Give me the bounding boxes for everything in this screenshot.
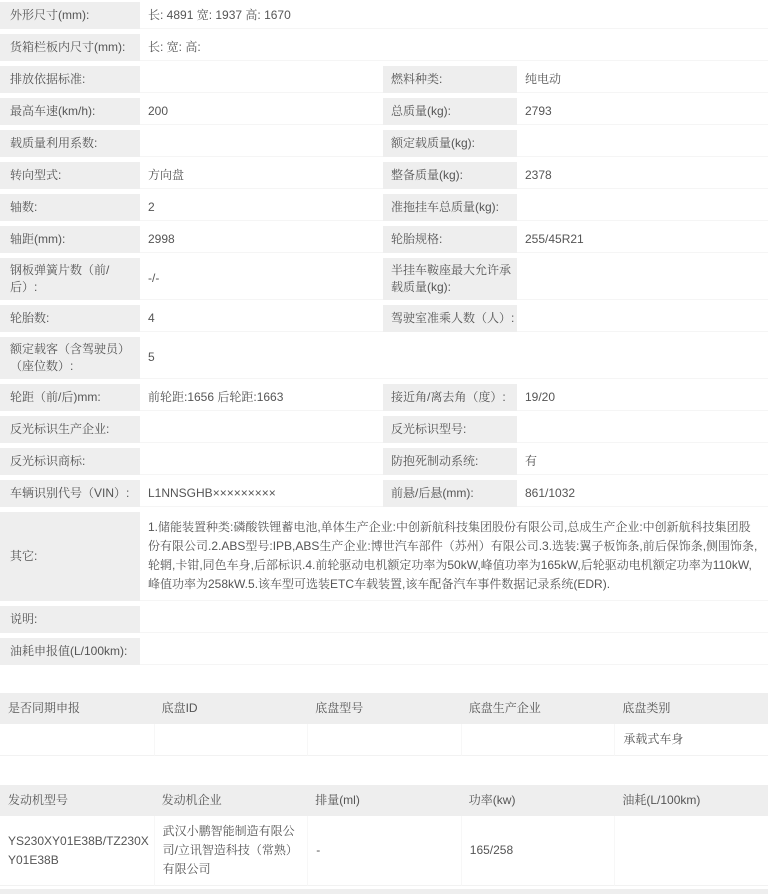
spec-row: 外形尺寸(mm):长: 4891 宽: 1937 高: 1670	[0, 2, 768, 29]
table-header-cell: 排量(ml)	[307, 785, 461, 816]
table-header-cell: 发动机企业	[154, 785, 308, 816]
spec-label: 说明:	[0, 606, 140, 633]
spec-row: 转向型式:方向盘整备质量(kg):2378	[0, 162, 768, 189]
spec-value: 2793	[517, 98, 768, 125]
spec-label: 轴距(mm):	[0, 226, 140, 253]
section-gap	[0, 670, 768, 693]
table-cell: 165/258	[461, 816, 615, 886]
spec-label: 轴数:	[0, 194, 140, 221]
spec-value: 纯电动	[517, 66, 768, 93]
chassis-table: 是否同期申报底盘ID底盘型号底盘生产企业底盘类别承载式车身	[0, 693, 768, 756]
table-cell	[154, 724, 308, 756]
spec-value: -/-	[140, 258, 383, 300]
spec-label: 轮胎规格:	[383, 226, 517, 253]
spec-row: 车辆识别代号（VIN）:L1NNSGHB×××××××××前悬/后悬(mm):8…	[0, 480, 768, 507]
spec-label: 最高车速(km/h):	[0, 98, 140, 125]
spec-label: 反光标识生产企业:	[0, 416, 140, 443]
spec-value: 200	[140, 98, 383, 125]
table-cell	[461, 724, 615, 756]
spec-value: 长: 4891 宽: 1937 高: 1670	[140, 2, 768, 29]
spec-row: 货箱栏板内尺寸(mm):长: 宽: 高:	[0, 34, 768, 61]
spec-row: 轮胎数:4驾驶室准乘人数（人）:	[0, 305, 768, 332]
spec-label: 其它:	[0, 512, 140, 601]
spec-label: 货箱栏板内尺寸(mm):	[0, 34, 140, 61]
spec-value	[140, 606, 768, 633]
table-cell: 承载式车身	[614, 724, 768, 756]
table-cell: YS230XY01E38B/TZ230XY01E38B	[0, 816, 154, 886]
table-cell	[0, 724, 154, 756]
table-row: YS230XY01E38B/TZ230XY01E38B武汉小鹏智能制造有限公司/…	[0, 816, 768, 886]
spec-label: 燃料种类:	[383, 66, 517, 93]
spec-value: 4	[140, 305, 383, 332]
spec-row: 油耗申报值(L/100km):	[0, 638, 768, 665]
spec-value: 2	[140, 194, 383, 221]
spec-label: 油耗申报值(L/100km):	[0, 638, 140, 665]
spec-value: L1NNSGHB×××××××××	[140, 480, 383, 507]
table-cell: 武汉小鹏智能制造有限公司/立讯智造科技（常熟）有限公司	[154, 816, 308, 886]
table-header-row: 发动机型号发动机企业排量(ml)功率(kw)油耗(L/100km)	[0, 785, 768, 816]
spec-value	[517, 194, 768, 221]
spec-row: 钢板弹簧片数（前/后）:-/-半挂车鞍座最大允许承载质量(kg):	[0, 258, 768, 300]
engine-table: 发动机型号发动机企业排量(ml)功率(kw)油耗(L/100km)YS230XY…	[0, 785, 768, 886]
spec-value	[140, 130, 383, 157]
spec-value: 861/1032	[517, 480, 768, 507]
spec-label: 驾驶室准乘人数（人）:	[383, 305, 517, 332]
spec-row: 轴距(mm):2998轮胎规格:255/45R21	[0, 226, 768, 253]
spec-label: 总质量(kg):	[383, 98, 517, 125]
spec-row: 轮距（前/后)mm:前轮距:1656 后轮距:1663接近角/离去角（度）:19…	[0, 384, 768, 411]
table-cell: -	[307, 816, 461, 886]
spec-row: 额定载客（含驾驶员）（座位数）:5	[0, 337, 768, 379]
spec-value: 5	[140, 337, 768, 379]
spec-label: 反光标识型号:	[383, 416, 517, 443]
spec-row: 说明:	[0, 606, 768, 633]
spec-value: 255/45R21	[517, 226, 768, 253]
table-header-cell: 底盘生产企业	[461, 693, 615, 724]
spec-row: 最高车速(km/h):200总质量(kg):2793	[0, 98, 768, 125]
spec-value: 前轮距:1656 后轮距:1663	[140, 384, 383, 411]
table-header-cell: 底盘类别	[614, 693, 768, 724]
spec-row: 排放依据标准:燃料种类:纯电动	[0, 66, 768, 93]
spec-label: 整备质量(kg):	[383, 162, 517, 189]
spec-value: 方向盘	[140, 162, 383, 189]
table-header-cell: 底盘ID	[154, 693, 308, 724]
spec-value	[517, 130, 768, 157]
spec-row: 反光标识生产企业:反光标识型号:	[0, 416, 768, 443]
table-cell	[307, 724, 461, 756]
spec-label: 车辆识别代号（VIN）:	[0, 480, 140, 507]
spec-row: 其它:1.储能装置种类:磷酸铁锂蓄电池,单体生产企业:中创新航科技集团股份有限公…	[0, 512, 768, 601]
spec-label: 防抱死制动系统:	[383, 448, 517, 475]
spec-label: 接近角/离去角（度）:	[383, 384, 517, 411]
spec-label: 半挂车鞍座最大允许承载质量(kg):	[383, 258, 517, 300]
section-gap	[0, 756, 768, 785]
spec-value: 1.储能装置种类:磷酸铁锂蓄电池,单体生产企业:中创新航科技集团股份有限公司,总…	[140, 512, 768, 601]
spec-label: 轮胎数:	[0, 305, 140, 332]
spec-row: 轴数:2准拖挂车总质量(kg):	[0, 194, 768, 221]
spec-value	[140, 66, 383, 93]
spec-label: 额定载客（含驾驶员）（座位数）:	[0, 337, 140, 379]
next-section-partial-header	[0, 889, 768, 894]
spec-label: 外形尺寸(mm):	[0, 2, 140, 29]
spec-value	[140, 448, 383, 475]
spec-label: 前悬/后悬(mm):	[383, 480, 517, 507]
spec-label: 轮距（前/后)mm:	[0, 384, 140, 411]
spec-label: 钢板弹簧片数（前/后）:	[0, 258, 140, 300]
spec-value: 2998	[140, 226, 383, 253]
spec-label: 载质量利用系数:	[0, 130, 140, 157]
spec-value: 有	[517, 448, 768, 475]
spec-label: 排放依据标准:	[0, 66, 140, 93]
spec-row: 载质量利用系数:额定载质量(kg):	[0, 130, 768, 157]
spec-label: 转向型式:	[0, 162, 140, 189]
table-header-cell: 底盘型号	[307, 693, 461, 724]
table-header-cell: 功率(kw)	[461, 785, 615, 816]
spec-label: 额定载质量(kg):	[383, 130, 517, 157]
spec-value	[140, 638, 768, 665]
table-cell	[614, 816, 768, 886]
table-header-cell: 发动机型号	[0, 785, 154, 816]
spec-value	[517, 416, 768, 443]
table-header-row: 是否同期申报底盘ID底盘型号底盘生产企业底盘类别	[0, 693, 768, 724]
spec-value: 2378	[517, 162, 768, 189]
table-header-cell: 是否同期申报	[0, 693, 154, 724]
spec-table: 外形尺寸(mm):长: 4891 宽: 1937 高: 1670货箱栏板内尺寸(…	[0, 2, 768, 665]
spec-label: 反光标识商标:	[0, 448, 140, 475]
spec-value	[517, 258, 768, 300]
table-row: 承载式车身	[0, 724, 768, 756]
table-header-cell: 油耗(L/100km)	[614, 785, 768, 816]
spec-value: 19/20	[517, 384, 768, 411]
spec-value	[140, 416, 383, 443]
spec-value: 长: 宽: 高:	[140, 34, 768, 61]
spec-label: 准拖挂车总质量(kg):	[383, 194, 517, 221]
spec-row: 反光标识商标:防抱死制动系统:有	[0, 448, 768, 475]
spec-value	[517, 305, 768, 332]
vehicle-spec-sheet: 外形尺寸(mm):长: 4891 宽: 1937 高: 1670货箱栏板内尺寸(…	[0, 0, 768, 894]
